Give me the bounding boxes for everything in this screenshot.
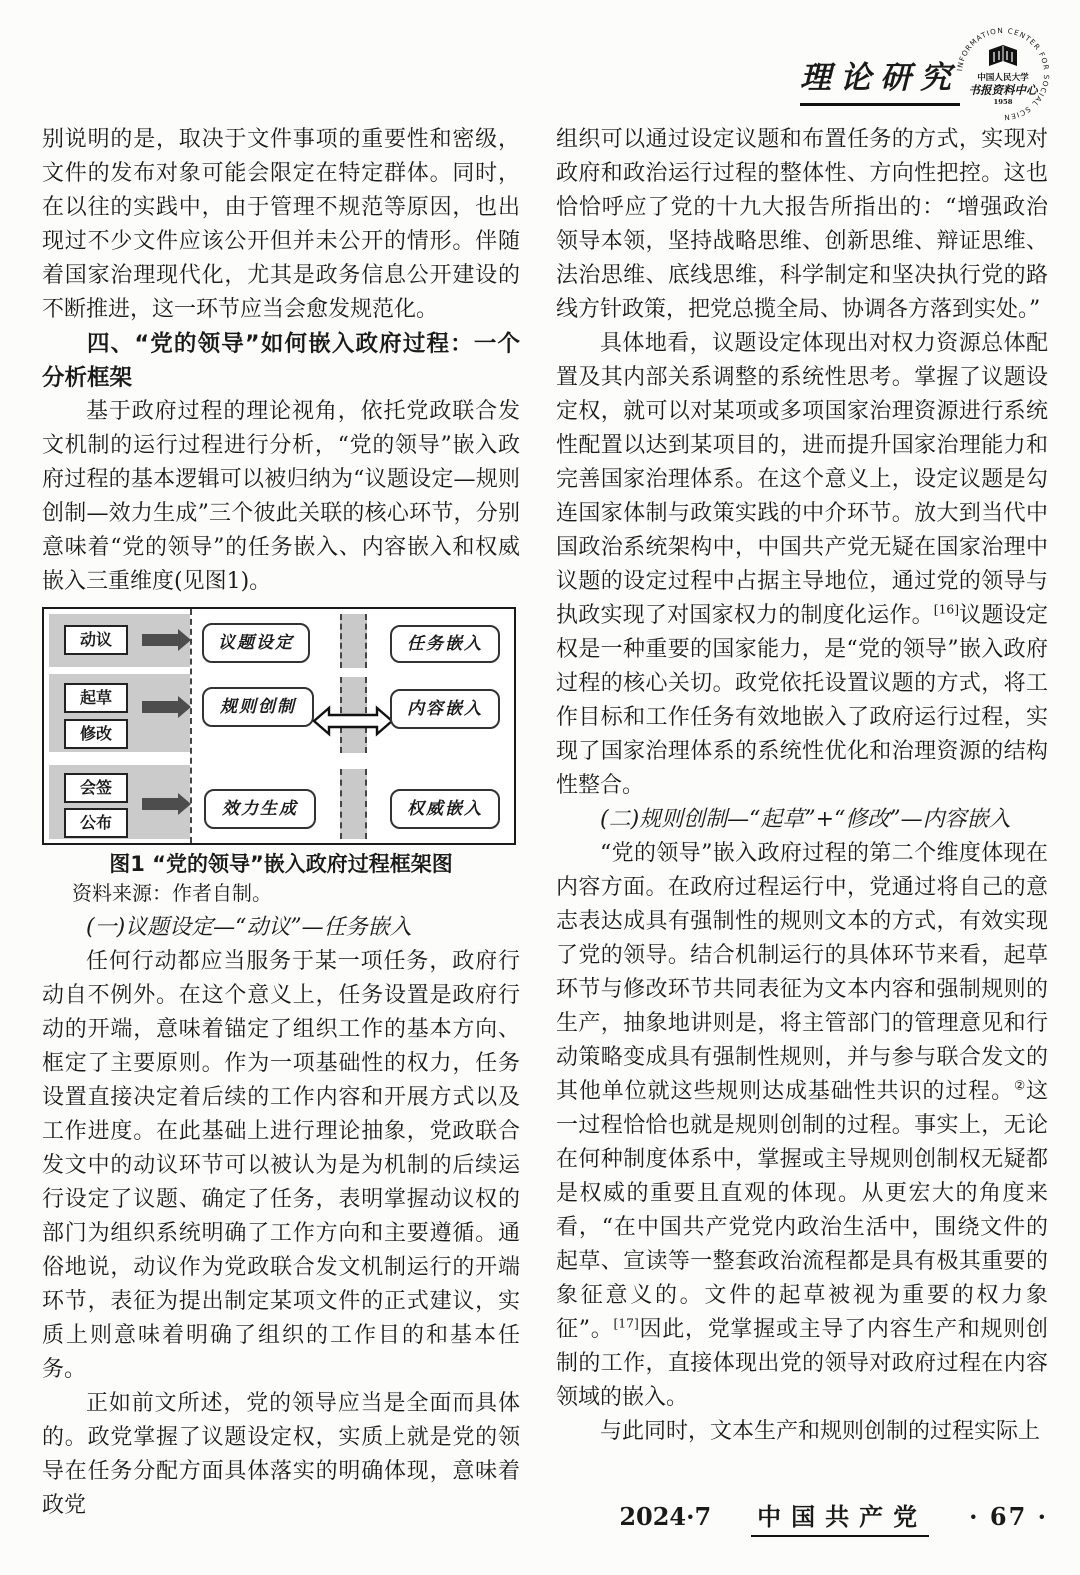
paragraph: 任何行动都应当服务于某一项任务，政府行动自不例外。在这个意义上，任务设置是政府行… [42, 945, 520, 1387]
flow-arrow-icon [142, 634, 178, 646]
stage-box-countersign: 会签 [64, 773, 128, 803]
paragraph: 基于政府过程的理论视角，依托党政联合发文机制的运行过程进行分析，“党的领导”嵌入… [42, 395, 520, 599]
footer-issue: 2024·7 [619, 1502, 711, 1531]
page-footer: 2024·7 中国共产党 · 67 · [600, 1497, 1048, 1537]
embed-box-task: 任务嵌入 [390, 625, 500, 663]
paragraph-text: 这一过程恰恰也就是规则创制的过程。事实上，无论在何种制度体系中，掌握或主导规则创… [556, 1079, 1048, 1342]
dashed-strip-segment [340, 614, 367, 668]
subsection-heading: (一)议题设定—“动议”—任务嵌入 [42, 911, 520, 945]
flow-arrow-icon [142, 701, 178, 713]
footnote-ref: ② [1014, 1079, 1026, 1093]
journal-page: 理论研究 INFORMATION CENTER FOR SOCIAL SCIEN… [0, 0, 1080, 1575]
embed-box-content: 内容嵌入 [390, 689, 500, 729]
paragraph-text: 议题设定权是一种重要的国家能力，是“党的领导”嵌入政府过程的核心关切。政党依托设… [556, 603, 1048, 798]
section-title-text: 理论研究 [800, 60, 960, 106]
left-column: 别说明的是，取决于文件事项的重要性和密级，文件的发布对象可能会限定在特定群体。同… [42, 123, 520, 1523]
flow-arrow-icon [142, 798, 178, 810]
book-icon [989, 45, 1017, 66]
paragraph: “党的领导”嵌入政府过程的第二个维度体现在内容方面。在政府过程运行中，党通过将自… [556, 837, 1048, 1415]
paragraph: 组织可以通过设定议题和布置任务的方式，实现对政府和政治运行过程的整体性、方向性把… [556, 123, 1048, 327]
seal-center-name: 书报资料中心 [969, 83, 1039, 97]
paragraph: 正如前文所述，党的领导应当是全面而具体的。政党掌握了议题设定权，实质上就是党的领… [42, 1387, 520, 1523]
figure-caption: 图1 “党的领导”嵌入政府过程框架图 [42, 849, 520, 879]
process-box-effect: 效力生成 [204, 789, 316, 829]
stage-box-motion: 动议 [64, 625, 128, 655]
embed-box-authority: 权威嵌入 [390, 789, 500, 829]
footnote-ref: [16] [934, 603, 959, 617]
stage-box-publish: 公布 [64, 808, 128, 838]
stage-box-revise: 修改 [64, 719, 128, 749]
paragraph: 与此同时，文本生产和规则创制的过程实际上 [556, 1415, 1048, 1449]
paragraph-text: “党的领导”嵌入政府过程的第二个维度体现在内容方面。在政府过程运行中，党通过将自… [556, 841, 1048, 1104]
section-heading: 四、“党的领导”如何嵌入政府过程：一个分析框架 [42, 327, 520, 395]
seal-org: 中国人民大学 [977, 71, 1029, 83]
stage-box-draft: 起草 [64, 683, 128, 713]
dashed-strip-segment [340, 769, 367, 839]
subsection-heading: (二)规则创制—“起草”+“修改”—内容嵌入 [556, 803, 1048, 837]
section-title: 理论研究 [800, 52, 960, 97]
footer-journal: 中国共产党 [751, 1497, 929, 1537]
paragraph: 别说明的是，取决于文件事项的重要性和密级，文件的发布对象可能会限定在特定群体。同… [42, 123, 520, 327]
process-box-rule: 规则创制 [202, 687, 314, 727]
right-column: 组织可以通过设定议题和布置任务的方式，实现对政府和政治运行过程的整体性、方向性把… [556, 123, 1048, 1449]
figure-source: 资料来源：作者自制。 [42, 879, 520, 907]
paragraph-text: 具体地看，议题设定体现出对权力资源总体配置及其内部关系调整的系统性思考。掌握了议… [556, 331, 1048, 628]
double-arrow-icon [312, 703, 394, 739]
paragraph: 具体地看，议题设定体现出对权力资源总体配置及其内部关系调整的系统性思考。掌握了议… [556, 327, 1048, 803]
footnote-ref: [17] [613, 1317, 638, 1331]
figure-1-diagram: 动议 起草 修改 会签 公布 议题设定 规则创制 效力生成 任务嵌入 内容嵌入 [42, 607, 516, 845]
process-box-agenda: 议题设定 [202, 623, 310, 663]
footer-page-number: · 67 · [969, 1502, 1048, 1531]
seal-year: 1958 [994, 98, 1013, 106]
publisher-seal: INFORMATION CENTER FOR SOCIAL SCIENCES, … [953, 24, 1053, 124]
